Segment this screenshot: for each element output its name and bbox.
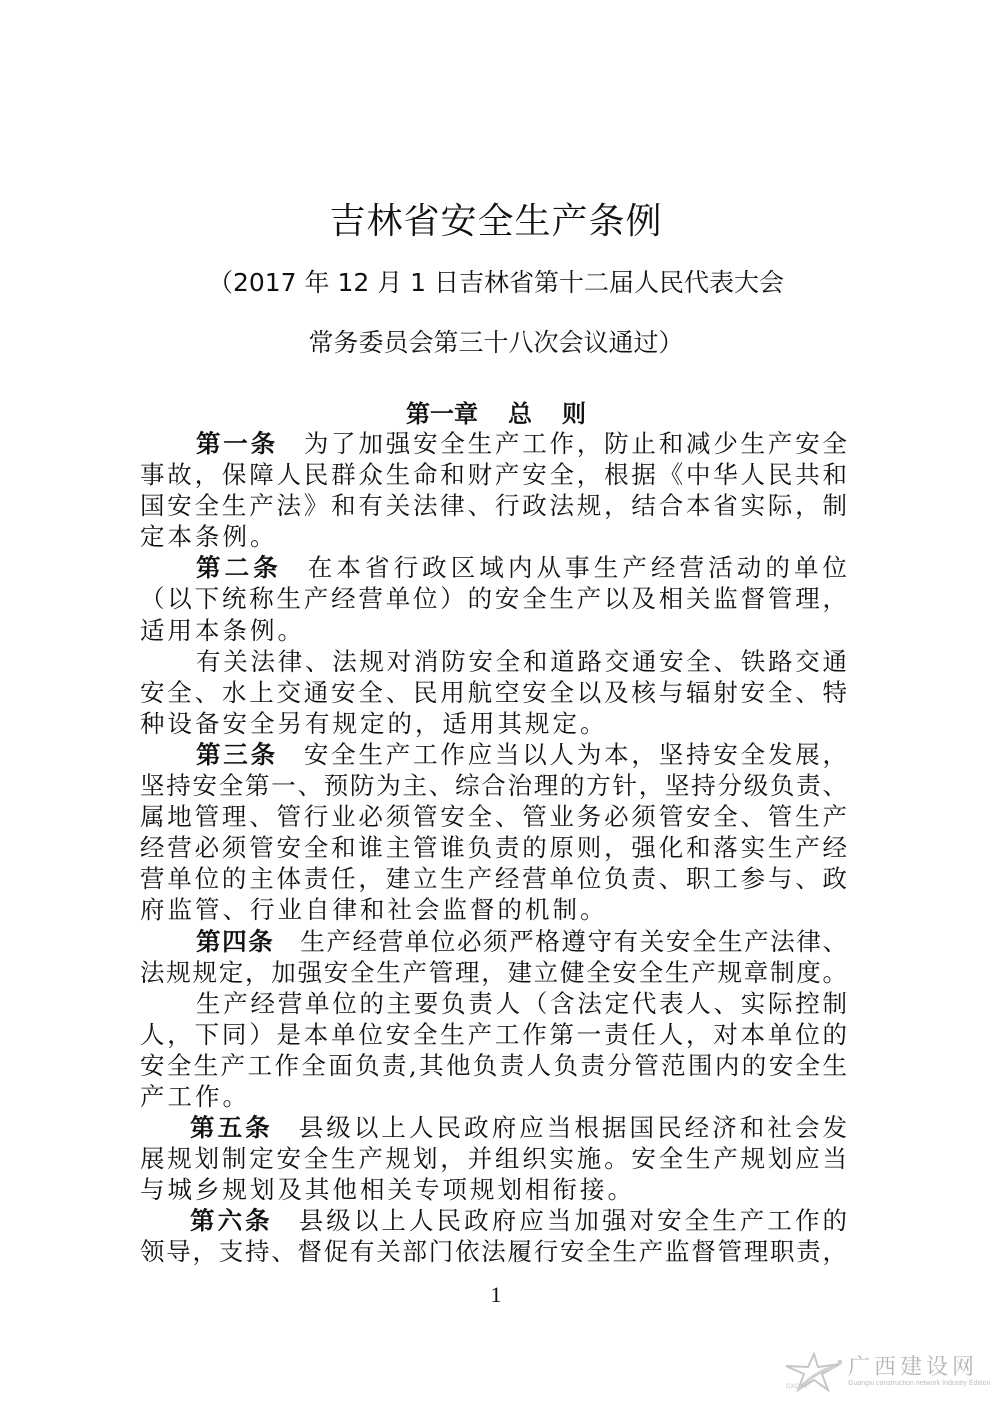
- page-number: 1: [0, 1282, 992, 1308]
- text-line: 府监管、行业自律和社会监督的机制。: [140, 894, 847, 925]
- article-label: 第三条: [196, 740, 278, 769]
- watermark-logo: GXCJW 广西建设网 Guangxi construction network…: [780, 1350, 990, 1400]
- article-3-line-1: 第三条安全生产工作应当以人为本，坚持安全发展，: [140, 739, 847, 770]
- text-line: 与城乡规划及其他相关专项规划相衔接。: [140, 1174, 847, 1205]
- article-1-line-1: 第一条为了加强安全生产工作，防止和减少生产安全: [140, 428, 847, 459]
- text-line: 法规规定，加强安全生产管理，建立健全安全生产规章制度。: [140, 957, 847, 988]
- text-line: 定本条例。: [140, 521, 847, 552]
- paragraph-first-line: 生产经营单位的主要负责人（含法定代表人、实际控制: [140, 988, 847, 1019]
- chapter-name-1: 总: [508, 398, 532, 430]
- subtitle-line-2: 常务委员会第三十八次会议通过）: [0, 326, 992, 360]
- chapter-name-2: 则: [562, 398, 586, 430]
- text-line: 展规划制定安全生产规划，并组织实施。安全生产规划应当: [140, 1143, 847, 1174]
- text-line: （以下统称生产经营单位）的安全生产以及相关监督管理，: [140, 583, 847, 614]
- document-page: 吉林省安全生产条例 （2017 年 12 月 1 日吉林省第十二届人民代表大会 …: [0, 0, 992, 1403]
- article-2-line-1: 第二条在本省行政区域内从事生产经营活动的单位: [140, 552, 847, 583]
- article-5-line-1: 第五条县级以上人民政府应当根据国民经济和社会发: [140, 1112, 847, 1143]
- watermark-badge: GXCJW: [786, 1384, 808, 1390]
- text-line: 经营必须管安全和谁主管谁负责的原则，强化和落实生产经: [140, 832, 847, 863]
- text-line: 安全、水上交通安全、民用航空安全以及核与辐射安全、特: [140, 677, 847, 708]
- article-6-line-1: 第六条县级以上人民政府应当加强对安全生产工作的: [140, 1205, 847, 1236]
- text-line: 属地管理、管行业必须管安全、管业务必须管安全、管生产: [140, 801, 847, 832]
- text-line: 领导，支持、督促有关部门依法履行安全生产监督管理职责，: [140, 1236, 847, 1267]
- subtitle-line-1: （2017 年 12 月 1 日吉林省第十二届人民代表大会: [0, 266, 992, 300]
- text-line: 事故，保障人民群众生命和财产安全，根据《中华人民共和: [140, 459, 847, 490]
- chapter-heading: 第一章总则: [0, 398, 992, 430]
- article-label: 第一条: [196, 429, 278, 458]
- text-line: 坚持安全第一、预防为主、综合治理的方针，坚持分级负责、: [140, 770, 847, 801]
- article-4-line-1: 第四条生产经营单位必须严格遵守有关安全生产法律、: [140, 926, 847, 957]
- text-line: 安全生产工作全面负责,其他负责人负责分管范围内的安全生: [140, 1050, 847, 1081]
- document-title: 吉林省安全生产条例: [0, 198, 992, 246]
- watermark-tagline: Guangxi construction network Industry Ed…: [848, 1380, 990, 1387]
- text-line: 营单位的主体责任，建立生产经营单位负责、职工参与、政: [140, 863, 847, 894]
- chapter-number: 第一章: [406, 398, 478, 430]
- text-line: 国安全生产法》和有关法律、行政法规，结合本省实际，制: [140, 490, 847, 521]
- article-label: 第四条: [196, 927, 274, 956]
- article-label: 第五条: [190, 1113, 273, 1142]
- text-line: 产工作。: [140, 1081, 847, 1112]
- text-line: 人，下同）是本单位安全生产工作第一责任人，对本单位的: [140, 1019, 847, 1050]
- article-label: 第六条: [190, 1206, 273, 1235]
- article-label: 第二条: [196, 553, 282, 582]
- watermark-name: 广西建设网: [848, 1350, 978, 1381]
- text-line: 适用本条例。: [140, 615, 847, 646]
- document-body: 第一条为了加强安全生产工作，防止和减少生产安全 事故，保障人民群众生命和财产安全…: [140, 428, 847, 1268]
- text-line: 种设备安全另有规定的，适用其规定。: [140, 708, 847, 739]
- paragraph-first-line: 有关法律、法规对消防安全和道路交通安全、铁路交通: [140, 646, 847, 677]
